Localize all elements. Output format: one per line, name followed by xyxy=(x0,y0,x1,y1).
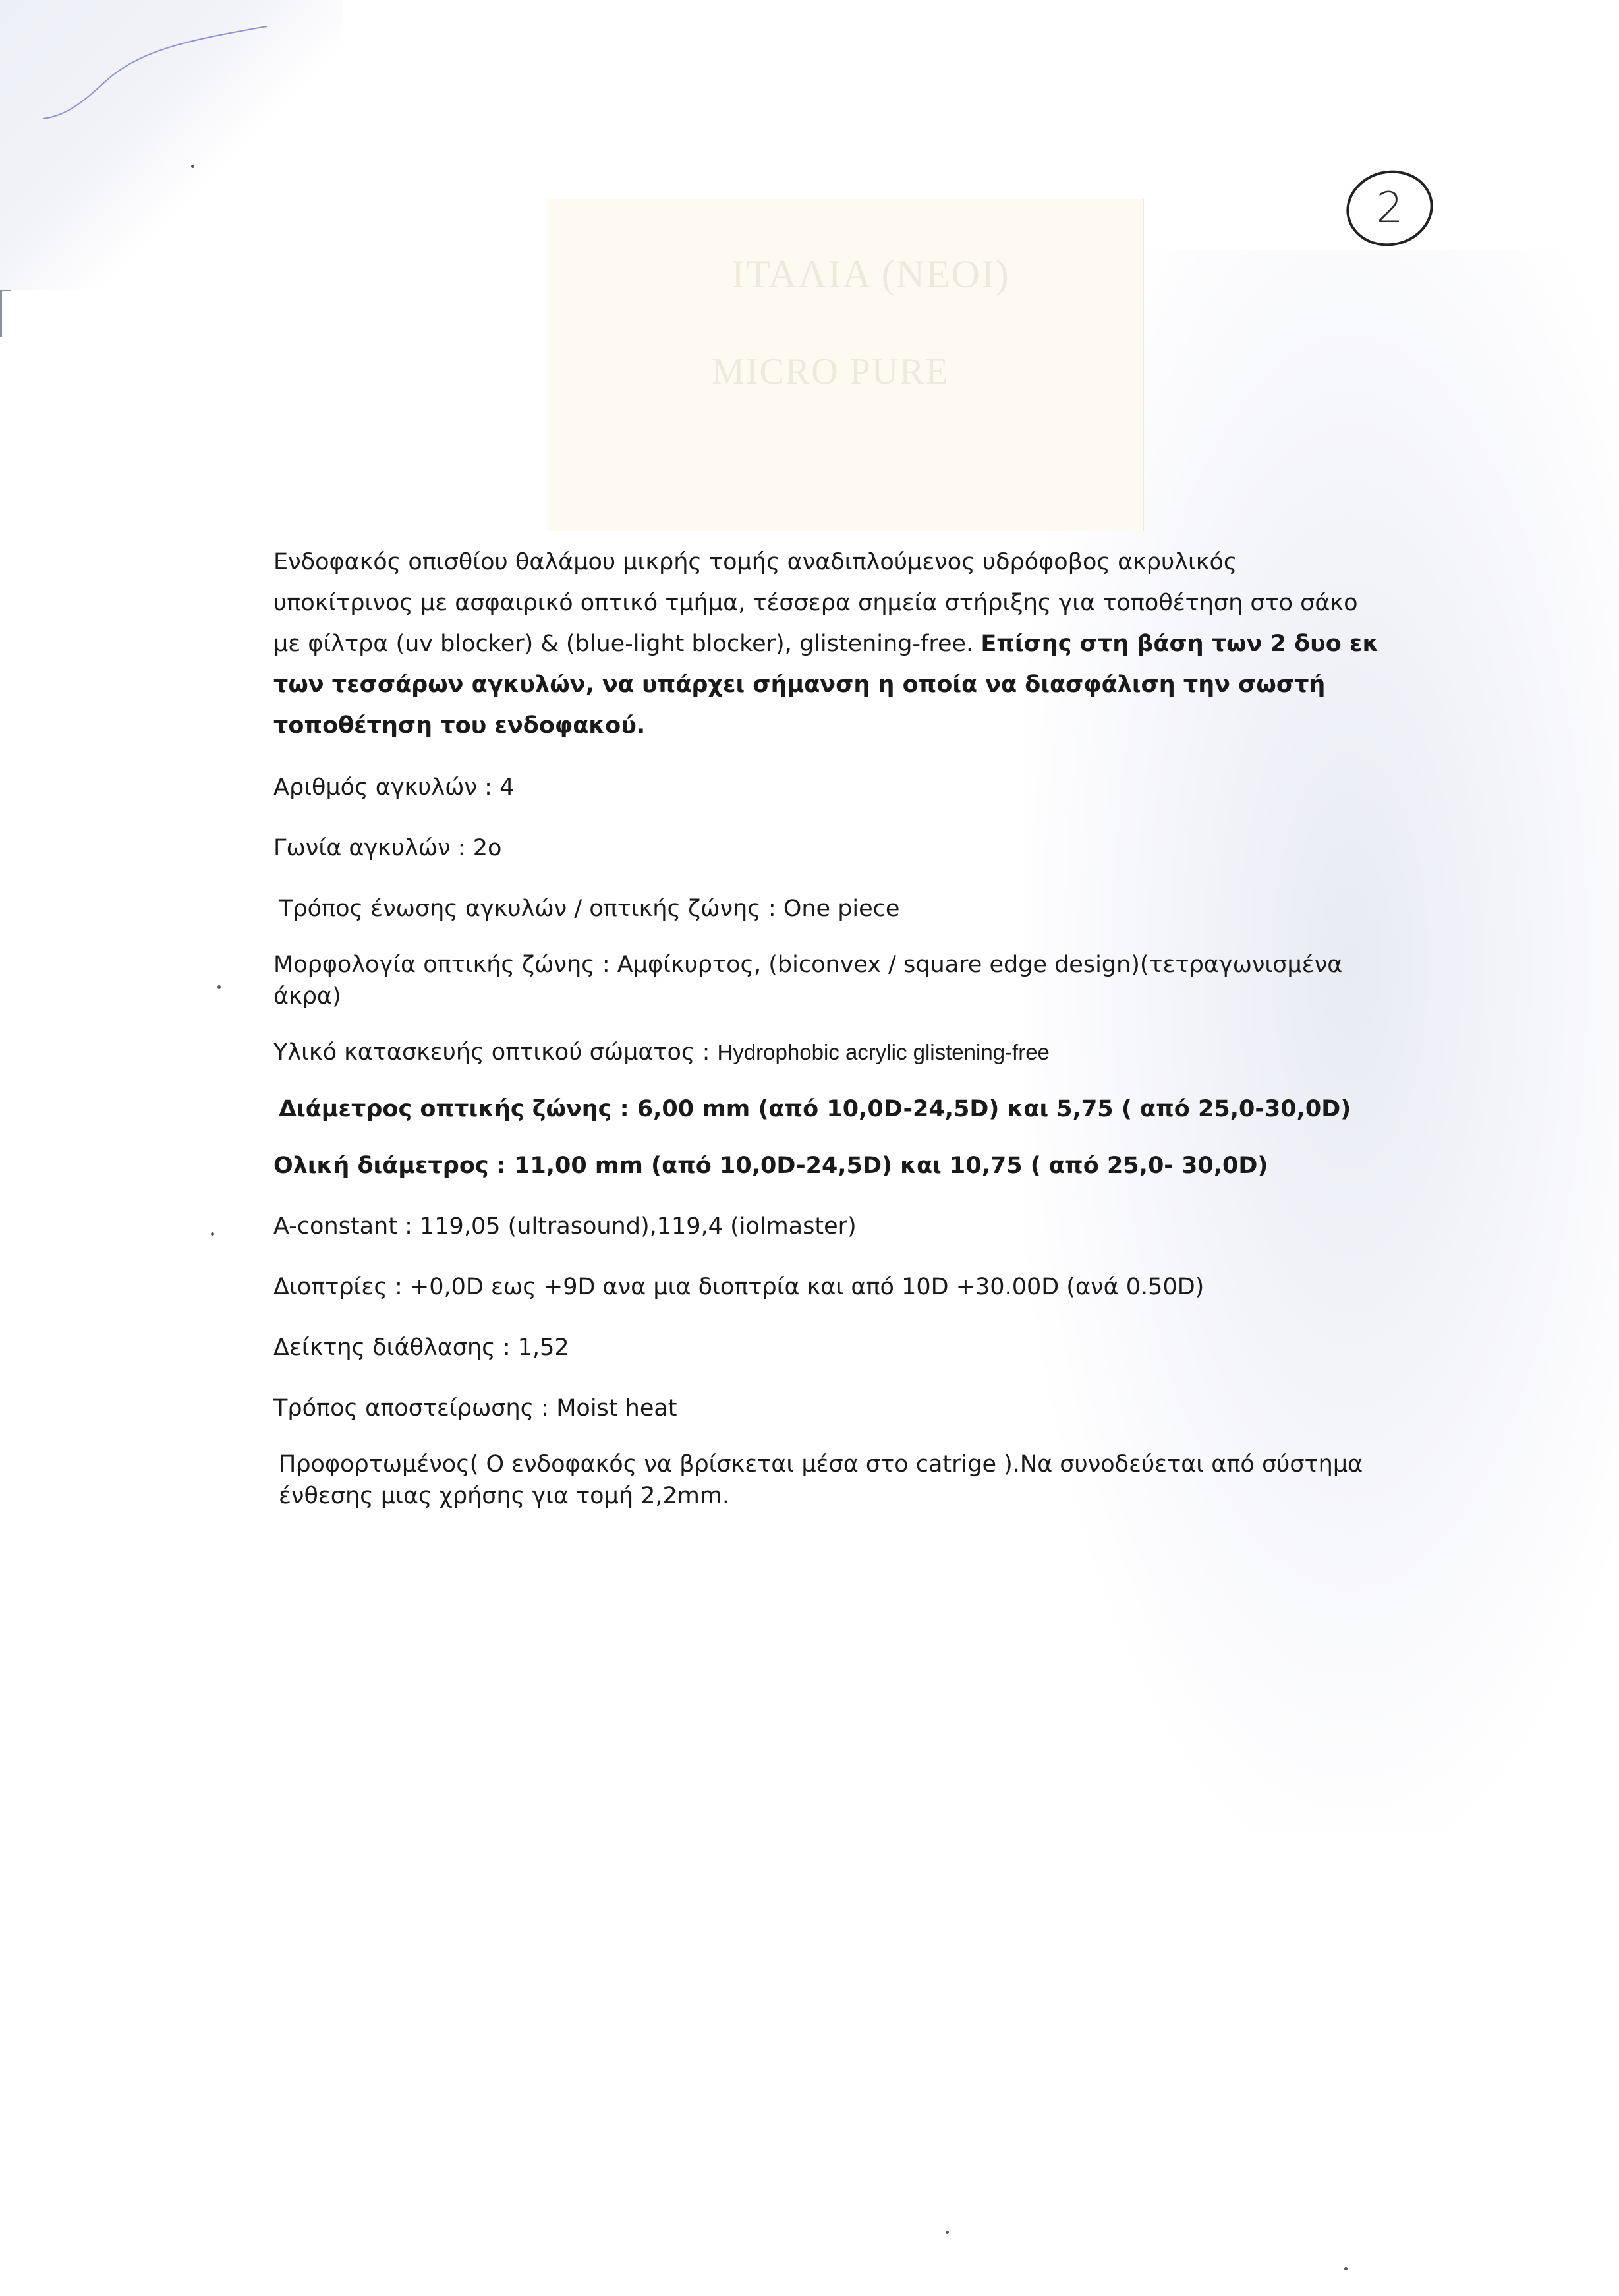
scan-speck xyxy=(191,165,194,168)
spec-label: Αριθμός αγκυλών xyxy=(273,774,477,801)
spec-value: Moist heat xyxy=(556,1395,677,1421)
spec-value: Hydrophobic acrylic glistening-free xyxy=(718,1040,1050,1064)
spec-value: 4 xyxy=(499,774,514,801)
spec-row: Τρόπος ένωσης αγκυλών / οπτικής ζώνης : … xyxy=(273,888,1380,929)
spec-row: Ολική διάμετρος : 11,00 mm (από 10,0D-24… xyxy=(273,1145,1380,1186)
closing-paragraph: Προφορτωμένος( Ο ενδοφακός να βρίσκεται … xyxy=(273,1449,1380,1512)
spec-value: One piece xyxy=(783,896,900,922)
sticker-faint-text: ΙΤΑΛΙΑ (ΝΕΟΙ) xyxy=(731,252,1010,297)
sticker-faint-text: MICRO PURE xyxy=(712,351,950,393)
spec-separator: : xyxy=(451,835,473,861)
spec-separator: : xyxy=(620,1096,637,1122)
spec-separator: : xyxy=(503,1335,518,1361)
spec-value: 6,00 mm (από 10,0D-24,5D) και 5,75 ( από… xyxy=(637,1096,1351,1122)
closing-text: Προφορτωμένος( Ο ενδοφακός να βρίσκεται … xyxy=(279,1451,1363,1509)
spec-label: Γωνία αγκυλών xyxy=(273,835,451,861)
scan-speck xyxy=(211,1232,214,1236)
spec-separator: : xyxy=(595,952,617,978)
document-body: Ενδοφακός οπισθίου θαλάμου μικρής τομής … xyxy=(273,542,1380,1512)
spec-value: 2ο xyxy=(473,835,502,861)
spec-separator: : xyxy=(761,896,783,922)
spec-separator: : xyxy=(541,1395,556,1421)
spec-label: Διάμετρος οπτικής ζώνης xyxy=(279,1096,620,1122)
spec-label: A-constant xyxy=(273,1213,397,1240)
spec-value: 119,05 (ultrasound),119,4 (iolmaster) xyxy=(420,1213,857,1240)
spec-label: Διοπτρίες xyxy=(273,1274,387,1300)
pen-mark xyxy=(33,20,270,125)
spec-row: A-constant : 119,05 (ultrasound),119,4 (… xyxy=(273,1206,1380,1247)
spec-value: 11,00 mm (από 10,0D-24,5D) και 10,75 ( α… xyxy=(514,1153,1268,1179)
spec-label: Τρόπος αποστείρωσης xyxy=(273,1395,541,1421)
spec-label: Δείκτης διάθλασης xyxy=(273,1335,503,1361)
spec-row: Μορφολογία οπτικής ζώνης : Αμφίκυρτος, (… xyxy=(273,949,1380,1012)
spec-label: Μορφολογία οπτικής ζώνης xyxy=(273,952,595,978)
circled-page-number: 2 xyxy=(1344,168,1435,248)
spec-label: Υλικό κατασκευής οπτικού σώματος xyxy=(273,1039,695,1066)
scan-speck xyxy=(946,2231,949,2234)
spec-separator: : xyxy=(695,1039,717,1066)
scan-speck xyxy=(217,985,221,989)
spec-value: +0,0D εως +9D ανα μια διοπτρία και από 1… xyxy=(410,1274,1204,1300)
spec-row: Υλικό κατασκευής οπτικού σώματος : Hydro… xyxy=(273,1032,1380,1073)
spec-label: Ολική διάμετρος xyxy=(273,1153,489,1179)
pasted-label: ΙΤΑΛΙΑ (ΝΕΟΙ) MICRO PURE xyxy=(547,199,1143,531)
spec-row: Τρόπος αποστείρωσης : Moist heat xyxy=(273,1388,1380,1429)
spec-separator: : xyxy=(489,1153,514,1179)
spec-row: Διοπτρίες : +0,0D εως +9D ανα μια διοπτρ… xyxy=(273,1267,1380,1307)
margin-mark xyxy=(0,290,11,337)
spec-row: Αριθμός αγκυλών : 4 xyxy=(273,767,1380,808)
spec-separator: : xyxy=(397,1213,420,1240)
spec-row: Δείκτης διάθλασης : 1,52 xyxy=(273,1327,1380,1368)
spec-row: Γωνία αγκυλών : 2ο xyxy=(273,828,1380,869)
spec-row: Διάμετρος οπτικής ζώνης : 6,00 mm (από 1… xyxy=(273,1093,1380,1126)
spec-separator: : xyxy=(477,774,499,801)
spec-label: Τρόπος ένωσης αγκυλών / οπτικής ζώνης xyxy=(279,896,761,922)
spec-separator: : xyxy=(387,1274,410,1300)
spec-value: 1,52 xyxy=(518,1335,569,1361)
intro-paragraph: Ενδοφακός οπισθίου θαλάμου μικρής τομής … xyxy=(273,542,1380,746)
scan-speck xyxy=(1344,2267,1348,2270)
page-number-text: 2 xyxy=(1344,168,1435,248)
